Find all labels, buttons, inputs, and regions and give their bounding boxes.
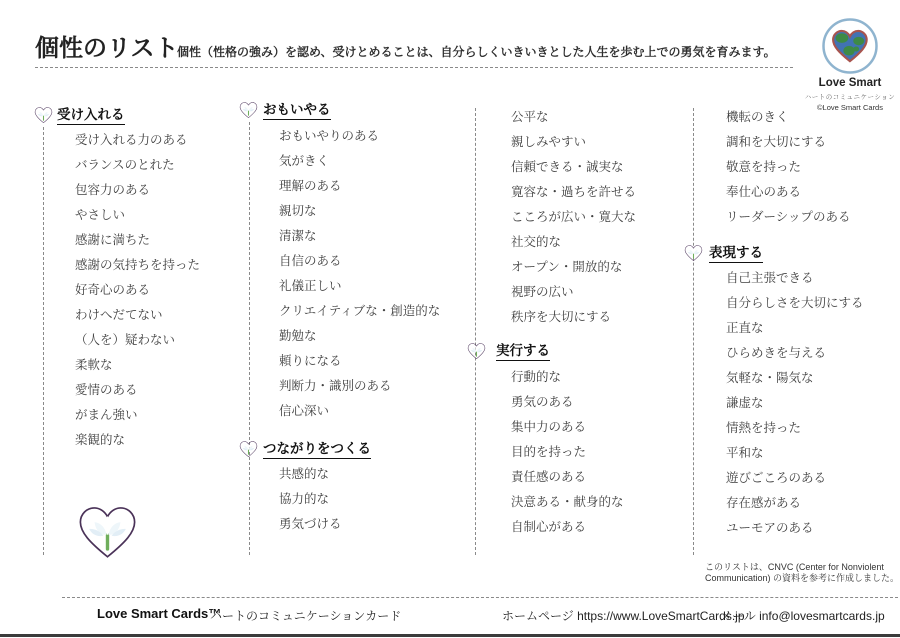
heart-lotus-icon bbox=[239, 440, 258, 458]
brand-tagline: ハートのコミュニケーション bbox=[790, 92, 900, 101]
trait-item: 親切な bbox=[279, 199, 440, 224]
trait-item: 共感的な bbox=[279, 462, 342, 487]
trait-item: 調和を大切にする bbox=[726, 130, 851, 155]
trait-item: 勇気づける bbox=[279, 512, 342, 537]
trait-item: 感謝に満ちた bbox=[75, 228, 200, 253]
footer-email-link[interactable]: メール info@lovesmartcards.jp bbox=[720, 607, 885, 624]
header-divider bbox=[35, 67, 793, 68]
traits-list: 自己主張できる自分らしさを大切にする正直なひらめきを与える気軽な・陽気な謙虚な情… bbox=[726, 266, 864, 541]
trait-item: 協力的な bbox=[279, 487, 342, 512]
column-divider bbox=[475, 108, 476, 555]
traits-list: 受け入れる力のあるバランスのとれた包容力のあるやさしい感謝に満ちた感謝の気持ちを… bbox=[75, 128, 200, 453]
trait-item: がまん強い bbox=[75, 403, 200, 428]
trait-item: リーダーシップのある bbox=[726, 205, 851, 230]
trait-item: バランスのとれた bbox=[75, 153, 200, 178]
trait-item: 好奇心のある bbox=[75, 278, 200, 303]
heart-lotus-icon bbox=[467, 342, 486, 360]
footer-divider bbox=[62, 597, 898, 598]
trait-item: 包容力のある bbox=[75, 178, 200, 203]
trait-item: 機転のきく bbox=[726, 105, 851, 130]
trait-item: 理解のある bbox=[279, 174, 440, 199]
trait-item: 信頼できる・誠実な bbox=[511, 155, 636, 180]
column-divider bbox=[43, 127, 44, 555]
heart-lotus-icon bbox=[34, 106, 53, 124]
traits-list: 機転のきく調和を大切にする敬意を持った奉仕心のあるリーダーシップのある bbox=[726, 105, 851, 230]
trait-item: 受け入れる力のある bbox=[75, 128, 200, 153]
column-divider bbox=[249, 122, 250, 555]
brand-logo: Love Smart ハートのコミュニケーション ©Love Smart Car… bbox=[790, 16, 900, 112]
trait-item: 自分らしさを大切にする bbox=[726, 291, 864, 316]
trait-item: 公平な bbox=[511, 105, 636, 130]
trait-item: 自信のある bbox=[279, 249, 440, 274]
trait-item: やさしい bbox=[75, 203, 200, 228]
traits-list: 公平な親しみやすい信頼できる・誠実な寛容な・過ちを許せるこころが広い・寛大な社交… bbox=[511, 105, 636, 330]
trait-item: ユーモアのある bbox=[726, 516, 864, 541]
page-bottom-rule bbox=[0, 634, 900, 637]
trait-item: 勇気のある bbox=[511, 390, 624, 415]
trait-item: 気軽な・陽気な bbox=[726, 366, 864, 391]
trait-item: 柔軟な bbox=[75, 353, 200, 378]
trait-item: 情熱を持った bbox=[726, 416, 864, 441]
trait-item: 視野の広い bbox=[511, 280, 636, 305]
footer-product-name: ハートのコミュニケーションカード bbox=[210, 607, 401, 624]
trait-item: 自己主張できる bbox=[726, 266, 864, 291]
section-heading: つながりをつくる bbox=[263, 440, 371, 459]
trait-item: 謙虚な bbox=[726, 391, 864, 416]
trait-item: 気がきく bbox=[279, 149, 440, 174]
trait-item: （人を）疑わない bbox=[75, 328, 200, 353]
trait-item: 敬意を持った bbox=[726, 155, 851, 180]
trait-item: 目的を持った bbox=[511, 440, 624, 465]
trait-item: 遊びごころのある bbox=[726, 466, 864, 491]
column-divider bbox=[693, 108, 694, 555]
trait-item: ひらめきを与える bbox=[726, 341, 864, 366]
heart-lotus-large-icon bbox=[77, 503, 138, 561]
trait-item: 寛容な・過ちを許せる bbox=[511, 180, 636, 205]
source-note-line2: Communication) の資料を参考に作成しました。 bbox=[705, 573, 899, 584]
document-page: 個性のリスト 個性（性格の強み）を認め、受けとめることは、自分らしくいきいきとし… bbox=[0, 0, 900, 638]
trait-item: おもいやりのある bbox=[279, 124, 440, 149]
heart-lotus-icon bbox=[239, 101, 258, 119]
trait-item: 親しみやすい bbox=[511, 130, 636, 155]
section-heading: おもいやる bbox=[263, 101, 331, 120]
trait-item: 自制心がある bbox=[511, 515, 624, 540]
traits-list: 共感的な協力的な勇気づける bbox=[279, 462, 342, 537]
trait-item: 責任感のある bbox=[511, 465, 624, 490]
trait-item: 行動的な bbox=[511, 365, 624, 390]
trait-item: 平和な bbox=[726, 441, 864, 466]
trait-item: 勤勉な bbox=[279, 324, 440, 349]
footer-homepage-link[interactable]: ホームページ https://www.LoveSmartCards.jp bbox=[502, 607, 745, 624]
section-heading: 受け入れる bbox=[57, 106, 125, 125]
trait-item: 感謝の気持ちを持った bbox=[75, 253, 200, 278]
page-subtitle: 個性（性格の強み）を認め、受けとめることは、自分らしくいきいきとした人生を歩む上… bbox=[177, 43, 776, 60]
heart-lotus-icon bbox=[684, 244, 703, 262]
traits-list: おもいやりのある気がきく理解のある親切な清潔な自信のある礼儀正しいクリエイティブ… bbox=[279, 124, 440, 424]
trait-item: 愛情のある bbox=[75, 378, 200, 403]
trait-item: 頼りになる bbox=[279, 349, 440, 374]
trait-item: 正直な bbox=[726, 316, 864, 341]
trait-item: 判断力・識別のある bbox=[279, 374, 440, 399]
trait-item: わけへだてない bbox=[75, 303, 200, 328]
trait-item: 決意ある・献身的な bbox=[511, 490, 624, 515]
section-heading: 表現する bbox=[709, 244, 763, 263]
trait-item: 信心深い bbox=[279, 399, 440, 424]
trait-item: 楽観的な bbox=[75, 428, 200, 453]
trait-item: こころが広い・寛大な bbox=[511, 205, 636, 230]
brand-name: Love Smart bbox=[790, 77, 900, 89]
trait-item: 社交的な bbox=[511, 230, 636, 255]
section-heading: 実行する bbox=[496, 342, 550, 361]
trait-item: オープン・開放的な bbox=[511, 255, 636, 280]
trait-item: 清潔な bbox=[279, 224, 440, 249]
traits-list: 行動的な勇気のある集中力のある目的を持った責任感のある決意ある・献身的な自制心が… bbox=[511, 365, 624, 540]
footer-brand: Love Smart Cards™ bbox=[97, 606, 221, 621]
earth-heart-icon bbox=[820, 16, 880, 76]
trait-item: 存在感がある bbox=[726, 491, 864, 516]
trait-item: 集中力のある bbox=[511, 415, 624, 440]
trait-item: 秩序を大切にする bbox=[511, 305, 636, 330]
source-note: このリストは、CNVC (Center for Nonviolent Commu… bbox=[705, 562, 899, 583]
source-note-line1: このリストは、CNVC (Center for Nonviolent bbox=[705, 562, 899, 573]
trait-item: 礼儀正しい bbox=[279, 274, 440, 299]
page-title: 個性のリスト bbox=[35, 28, 179, 63]
trait-item: クリエイティブな・創造的な bbox=[279, 299, 440, 324]
trait-item: 奉仕心のある bbox=[726, 180, 851, 205]
